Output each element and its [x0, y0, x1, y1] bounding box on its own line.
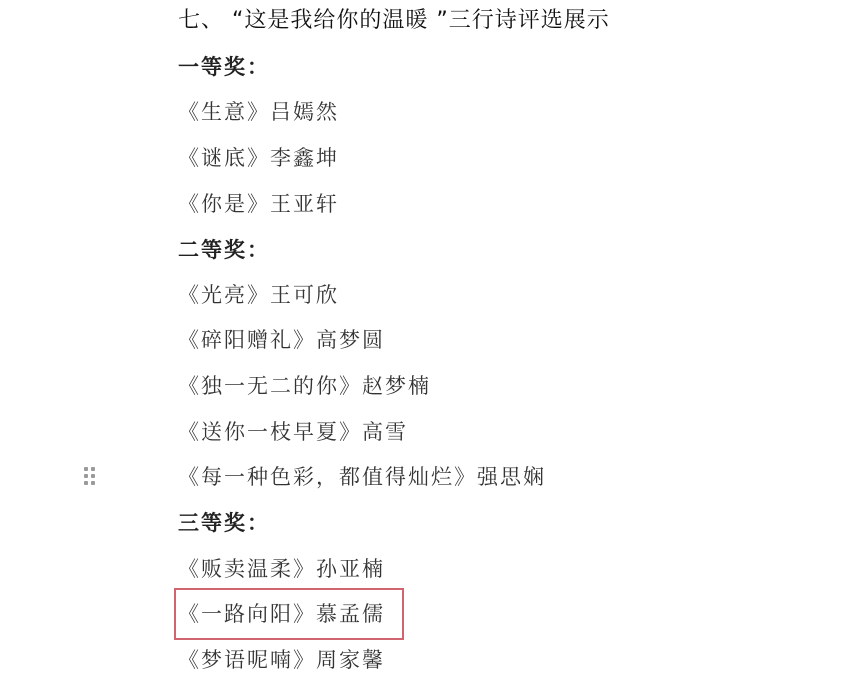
list-item-highlighted: 《一路向阳》慕孟儒	[178, 599, 385, 629]
list-item: 《梦语呢喃》周家馨	[178, 645, 385, 675]
section-heading-second-prize: 二等奖：	[178, 235, 270, 265]
list-item: 《你是》王亚轩	[178, 189, 339, 219]
list-item: 《每一种色彩，都值得灿烂》强思娴	[178, 462, 546, 492]
section-heading-first-prize: 一等奖：	[178, 52, 270, 82]
list-item: 《碎阳赠礼》高梦圆	[178, 325, 385, 355]
list-item: 《谜底》李鑫坤	[178, 143, 339, 173]
list-item: 《送你一枝早夏》高雪	[178, 417, 408, 447]
page-title: 七、 “这是我给你的温暖 ”三行诗评选展示	[178, 6, 610, 36]
drag-handle-icon[interactable]	[84, 467, 96, 485]
list-item: 《独一无二的你》赵梦楠	[178, 371, 431, 401]
section-heading-third-prize: 三等奖：	[178, 508, 270, 538]
list-item: 《贩卖温柔》孙亚楠	[178, 554, 385, 584]
list-item: 《生意》吕嫣然	[178, 97, 339, 127]
list-item: 《光亮》王可欣	[178, 280, 339, 310]
